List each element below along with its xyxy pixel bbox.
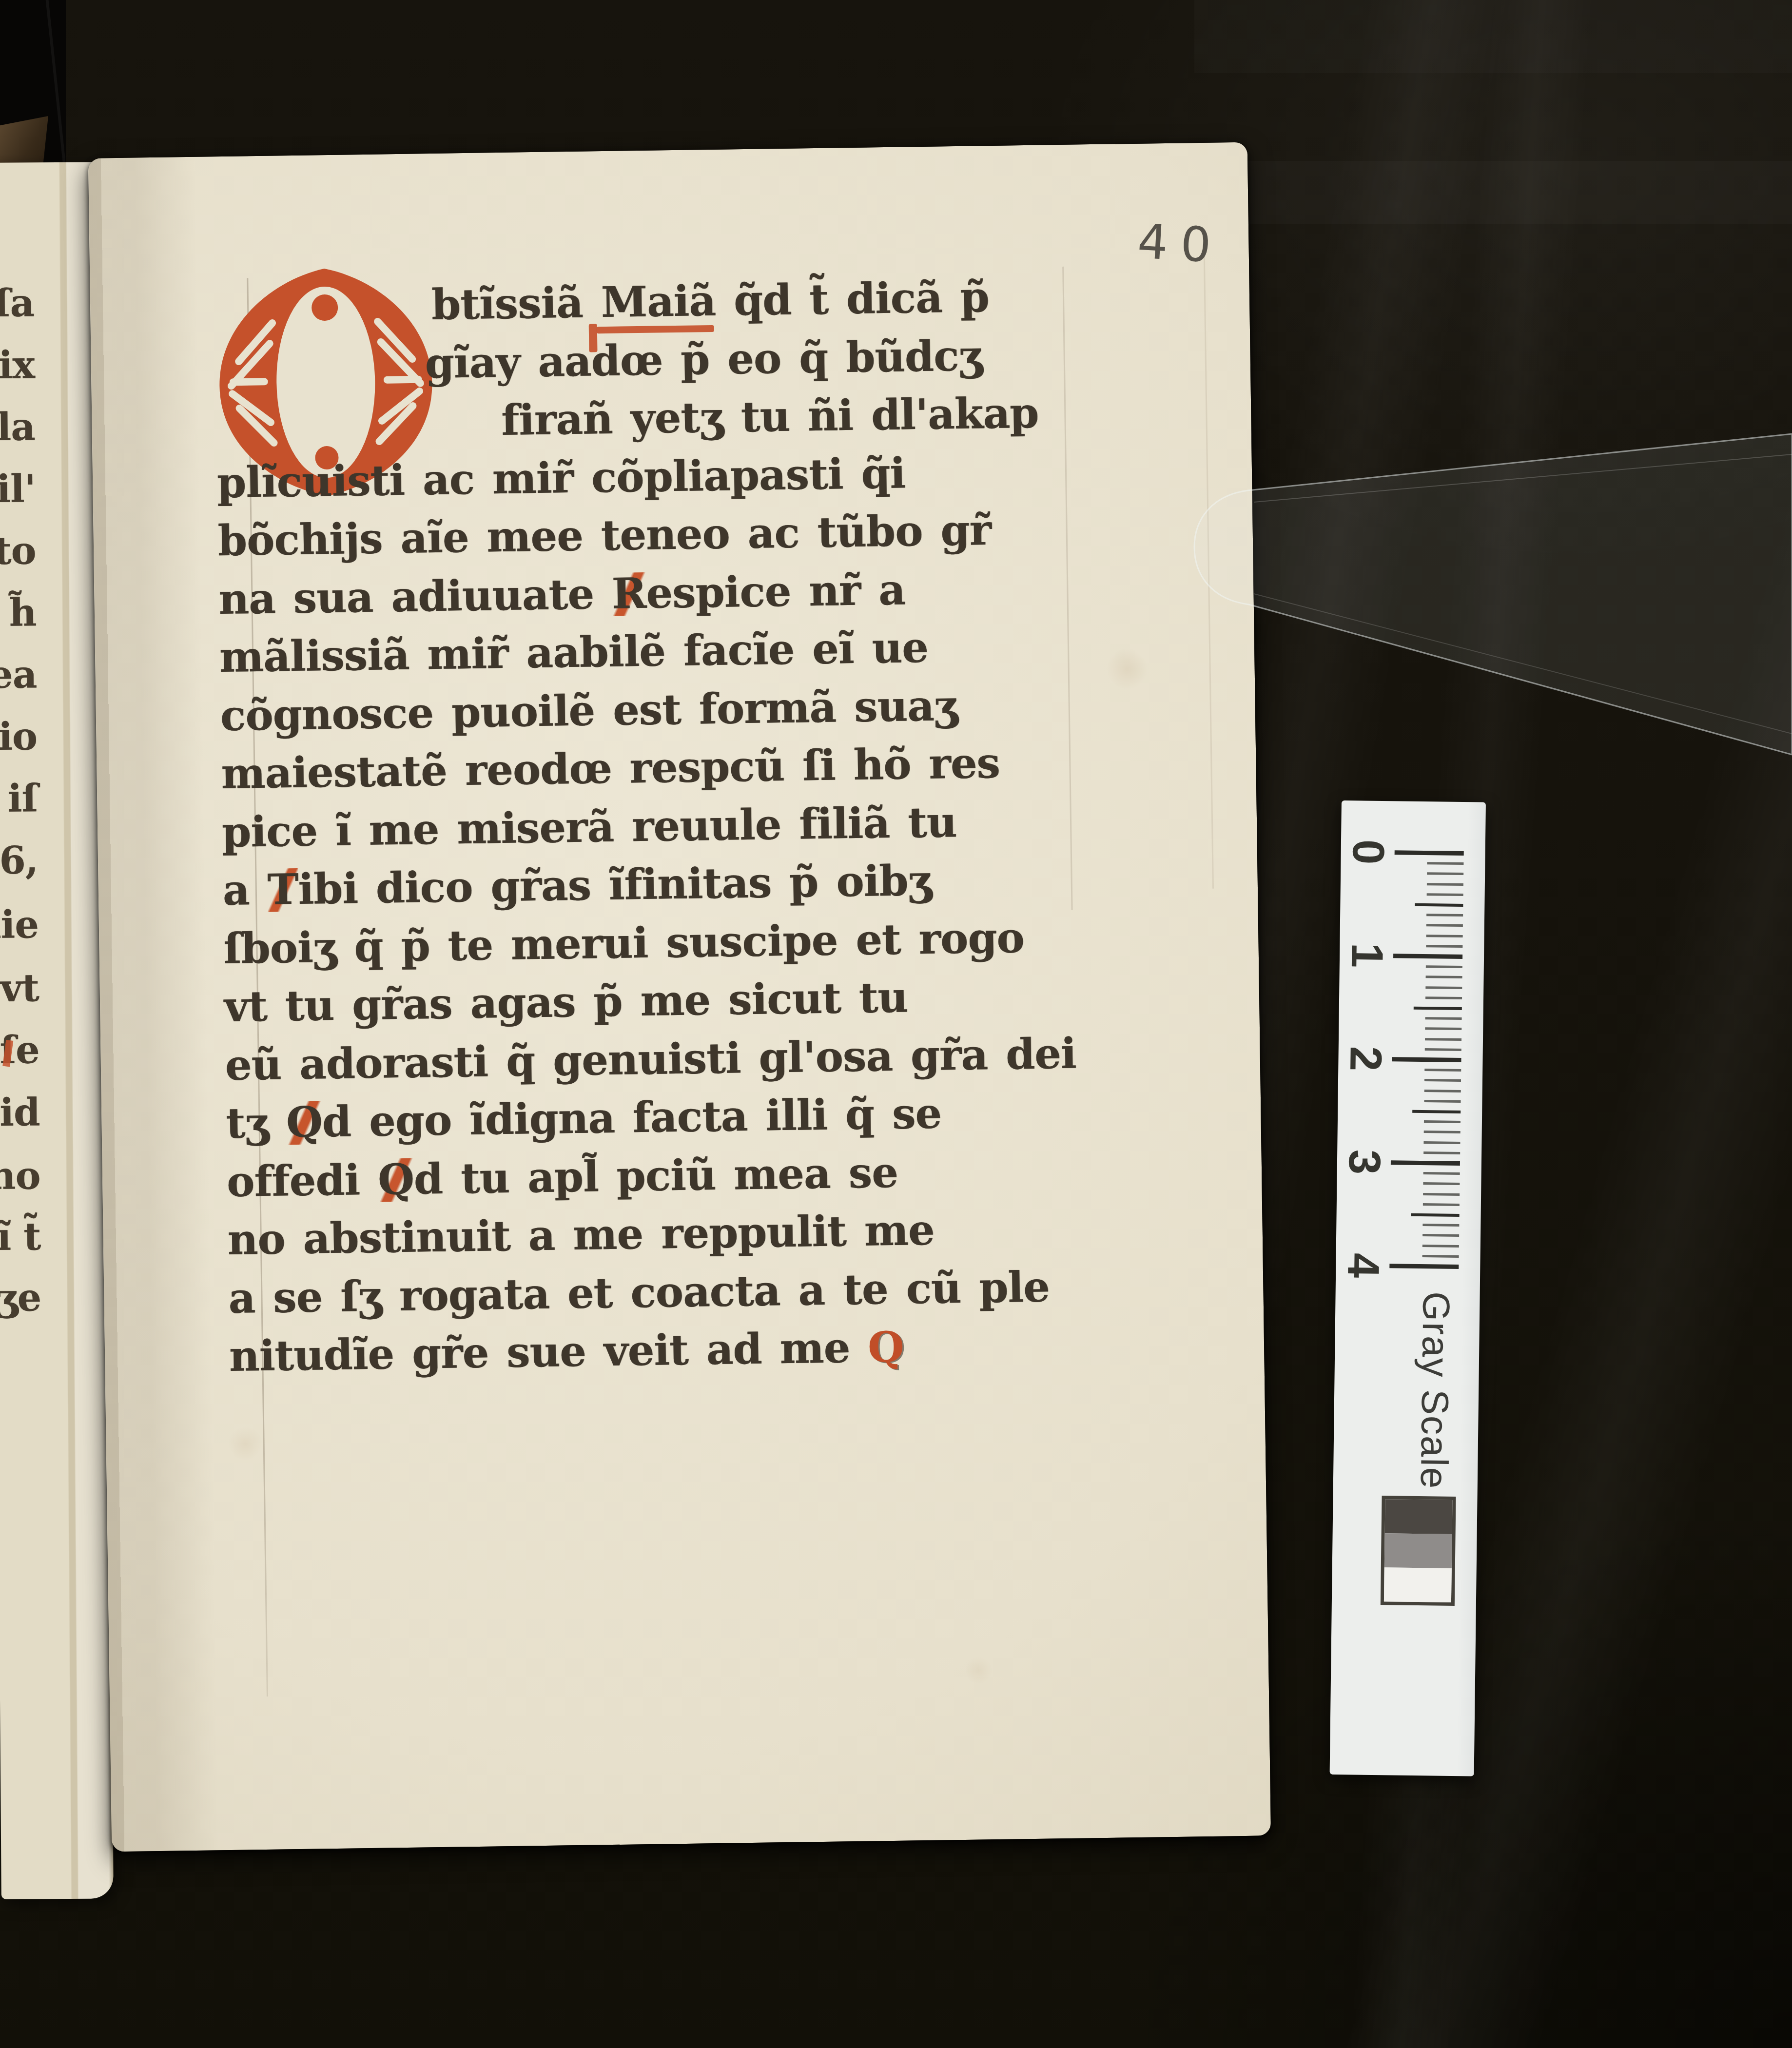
facing-page-fragment: & h̃ <box>0 594 37 632</box>
gray-scale-patches <box>1381 1496 1456 1606</box>
facing-page-fragment: he to <box>0 532 36 571</box>
ink-text: vt tu gr̃as agas p̃ me sicut tu <box>224 973 908 1032</box>
ruler-mm-tick <box>1425 1038 1461 1041</box>
ruler-mm-tick <box>1426 945 1462 948</box>
ruler-mm-tick <box>1427 883 1463 886</box>
manuscript-line: offedi Qd tu apl̃ pciũ mea se <box>227 1152 898 1203</box>
ruler-half-cm-tick <box>1412 1110 1461 1113</box>
ink-text: pice ĩ me miserã reuule filiã tu <box>221 798 956 857</box>
ruling-line-right <box>1062 267 1072 910</box>
rubricated-text: Maiã <box>601 280 716 324</box>
ruler-number: 2 <box>1343 1035 1389 1082</box>
ink-text: bõchijs aĩe mee teneo ac tũbo gr̃ <box>217 506 991 566</box>
ruler-mm-tick <box>1425 1027 1461 1030</box>
ruler-mm-tick <box>1423 1172 1460 1175</box>
manuscript-line: maiestatẽ reodœ respcũ ſi hõ res <box>221 742 1000 795</box>
manuscript-line: pice ĩ me miserã reuule filiã tu <box>222 801 957 854</box>
ink-text: nitudĩe gr̃e sue veit ad me <box>229 1323 868 1381</box>
rubricated-text: Q <box>286 1097 322 1147</box>
ink-text: btĩssiã <box>431 278 601 330</box>
ruler-mm-tick <box>1424 1079 1461 1082</box>
gray-patch <box>1385 1499 1453 1534</box>
ruler-mm-tick <box>1423 1203 1460 1206</box>
ruler-half-cm-tick <box>1411 1213 1460 1217</box>
ruler-cm-tick <box>1393 954 1462 959</box>
manuscript-line: cõgnosce puoilẽ est formã suaʒ <box>220 685 957 737</box>
ink-text: gĩay aadœ p̃ eo q̃ bũdcʒ <box>425 331 982 388</box>
ruler-mm-tick <box>1424 1131 1461 1133</box>
ink-text: no abstinuit a me reppulit me <box>227 1206 935 1265</box>
manuscript-line: tʒ Qd ego ĩdigna facta illi q̃ se <box>226 1093 942 1145</box>
facing-page-fragment: a iſ <box>0 780 38 818</box>
ruler-mm-tick <box>1423 1193 1460 1196</box>
ruler-cm-tick <box>1395 850 1464 856</box>
ruler-mm-tick <box>1425 986 1462 989</box>
ruler-number: 3 <box>1341 1139 1387 1185</box>
manuscript-line: na sua adiuuate Respice nr̃ a <box>218 569 906 621</box>
ruler-mm-tick <box>1427 862 1463 865</box>
manuscript-line: eũ adorasti q̃ genuisti gl'osa gr̃a dei <box>225 1033 1076 1087</box>
facing-page-fragment: a la <box>0 408 35 447</box>
ruler-number: 1 <box>1344 932 1390 978</box>
rubricated-text: R <box>611 569 646 619</box>
rubricated-text: Q <box>867 1323 904 1372</box>
manuscript-photo: dr ſa6 ixa labil'he to& h̃meadioa iſB6,h… <box>0 0 1792 2048</box>
ink-text: firañ yetʒ tu ñi dl'akap <box>501 389 1039 445</box>
facing-page-fragment: hodie <box>0 906 39 945</box>
ruler-mm-tick <box>1425 1017 1462 1020</box>
ink-text: ſboiʒ q̃ p̃ te merui suscipe et rogo <box>223 913 1025 974</box>
ink-text: d tu apl̃ pciũ mea se <box>413 1148 898 1204</box>
ruler-mm-tick <box>1422 1255 1459 1258</box>
ink-text: mãlissiã mir̃ aabilẽ facĩe eĩ ue <box>219 623 928 682</box>
ruler-cm-tick <box>1389 1264 1459 1269</box>
ruler-mm-tick <box>1424 1100 1461 1103</box>
manuscript-line: btĩssiã Maiã q̃d t̃ dicã p̃ <box>431 276 990 326</box>
page-crease <box>1204 245 1214 889</box>
manuscript-line: no abstinuit a me reppulit me <box>227 1209 935 1261</box>
ink-text: eũ adorasti q̃ genuisti gl'osa gr̃a dei <box>225 1029 1076 1090</box>
ruler-mm-tick <box>1424 1069 1461 1072</box>
facing-page-fragment: a oid <box>0 1093 40 1132</box>
facing-page-fragment: mĩ t̃ <box>0 1218 41 1256</box>
ruler-mm-tick <box>1426 924 1463 927</box>
facing-page-fragment: 6 ix <box>0 346 35 385</box>
facing-page-fragment: ja ʒe <box>0 1279 41 1317</box>
ruler-mm-tick <box>1425 996 1462 999</box>
ink-text: tʒ <box>226 1098 287 1148</box>
ink-text: espice nr̃ a <box>646 565 906 618</box>
ruler-mm-tick <box>1426 935 1463 937</box>
ruler-mm-tick <box>1427 893 1463 896</box>
ruler-number: 0 <box>1345 829 1391 875</box>
ruler-mm-tick <box>1426 965 1462 968</box>
ruler-half-cm-tick <box>1415 903 1463 907</box>
ruler-mm-tick <box>1423 1141 1460 1144</box>
ruler-mm-tick <box>1422 1224 1459 1227</box>
ink-text: plĩcuisti ac mir̃ cõpliapasti q̃i <box>216 449 905 507</box>
manuscript-line: ſboiʒ q̃ p̃ te merui suscipe et rogo <box>223 917 1024 970</box>
facing-page-fragment: dr ſa <box>0 284 34 323</box>
rubricated-text: Q <box>377 1155 414 1205</box>
ruler-mm-tick <box>1424 1090 1461 1092</box>
ink-text: na sua adiuuate <box>218 569 612 624</box>
manuscript-line: bõchijs aĩe mee teneo ac tũbo gr̃ <box>217 509 991 562</box>
manuscript-line: mãlissiã mir̃ aabilẽ facĩe eĩ ue <box>219 627 929 679</box>
ruler-cm-tick <box>1391 1160 1460 1166</box>
ruler-mm-tick <box>1427 872 1463 875</box>
ink-text: a se ſʒ rogata et coacta a te cũ ple <box>228 1262 1050 1323</box>
ink-text: maiestatẽ reodœ respcũ ſi hõ res <box>221 739 1000 799</box>
ruler-half-cm-tick <box>1414 1007 1462 1010</box>
manuscript-line: plĩcuisti ac mir̃ cõpliapasti q̃i <box>217 452 906 504</box>
gray-patch <box>1384 1533 1452 1568</box>
manuscript-line: firañ yetʒ tu ñi dl'akap <box>501 392 1039 442</box>
facing-page-fragment: bil' <box>0 470 36 508</box>
ruler-mm-tick <box>1422 1245 1459 1248</box>
manuscript-line: nitudĩe gr̃e sue veit ad me Q <box>229 1326 904 1378</box>
ink-text: q̃d t̃ dicã p̃ <box>715 273 989 326</box>
grayscale-ruler: 01234 Gray Scale <box>1330 800 1486 1776</box>
ink-text: a <box>222 865 268 915</box>
ruler-mm-tick <box>1423 1151 1460 1154</box>
ink-text: ibi dico gr̃as ĩfinitas p̃ oibʒ <box>298 856 932 914</box>
facing-page-fragment: ta vt <box>0 969 39 1008</box>
gray-patch <box>1384 1567 1452 1602</box>
rubricated-text: T <box>267 865 298 915</box>
facing-page-fragment: mea <box>0 656 37 694</box>
ruler-mm-tick <box>1425 1048 1461 1051</box>
folio-number: 40 <box>1136 214 1225 274</box>
facing-page-fragment: B6, <box>0 841 38 880</box>
ruler-cm-tick <box>1392 1057 1461 1062</box>
ruler-mm-tick <box>1424 1120 1461 1123</box>
ink-text: d ego ĩdigna facta illi q̃ se <box>322 1089 942 1147</box>
ruler-mm-tick <box>1422 1234 1459 1237</box>
manuscript-line: gĩay aadœ p̃ eo q̃ bũdcʒ <box>425 335 982 385</box>
facing-page-text: dr ſa6 ixa labil'he to& h̃meadioa iſB6,h… <box>0 162 101 163</box>
ink-text: offedi <box>227 1155 378 1207</box>
ruler-mm-tick <box>1426 975 1462 978</box>
ruler-number: 4 <box>1340 1242 1386 1288</box>
facing-page-fragment: dio <box>0 718 37 756</box>
manuscript-line: vt tu gr̃as agas p̃ me sicut tu <box>224 976 908 1028</box>
ink-text: cõgnosce puoilẽ est formã suaʒ <box>220 681 957 741</box>
manuscript-line: a se ſʒ rogata et coacta a te cũ ple <box>228 1266 1050 1320</box>
manuscript-line: a Tibi dico gr̃as ĩfinitas p̃ oibʒ <box>222 860 932 912</box>
ruler-mm-tick <box>1426 914 1463 917</box>
facing-page-fragment: ea no <box>0 1157 40 1196</box>
ruler-gray-scale-label: Gray Scale <box>1412 1291 1459 1490</box>
manuscript-page: 40 btĩssiã Maiã q̃d t̃ dicã p̃gĩay aadœ … <box>88 142 1271 1852</box>
ruler-mm-tick <box>1423 1182 1460 1185</box>
